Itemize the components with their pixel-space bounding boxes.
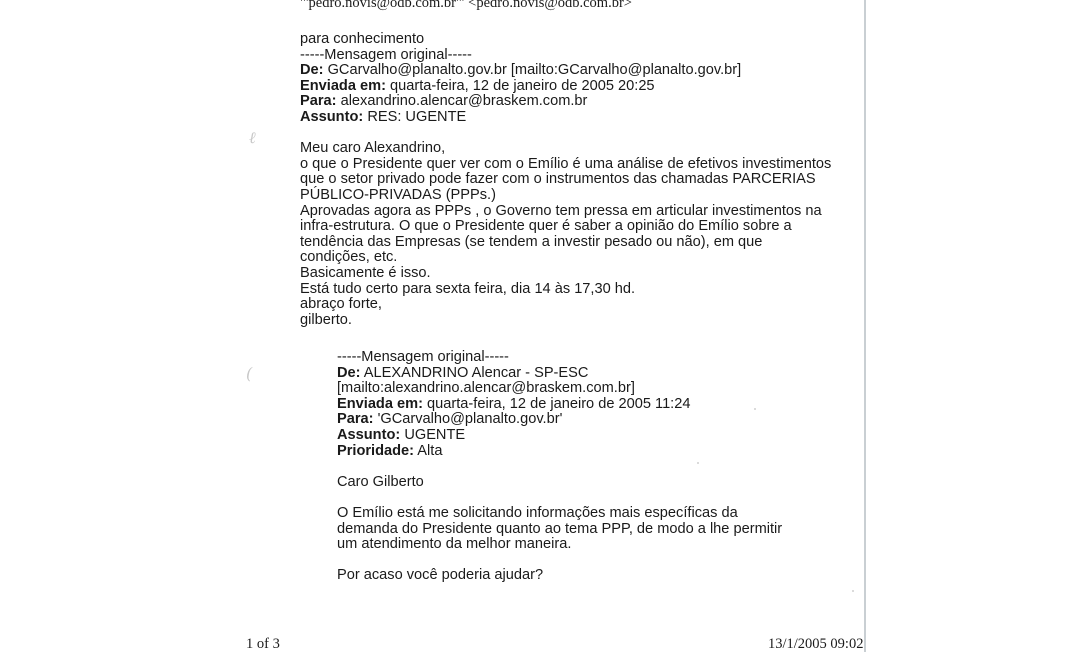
subject-label: Assunto: bbox=[337, 427, 400, 443]
subject-value: RES: UGENTE bbox=[367, 109, 466, 125]
body-line: O Emílio está me solicitando informações… bbox=[337, 506, 782, 522]
inner-message: -----Mensagem original----- De: ALEXANDR… bbox=[337, 350, 782, 584]
header-from: De: ALEXANDRINO Alencar - SP-ESC bbox=[337, 366, 782, 382]
header-sent: Enviada em: quarta-feira, 12 de janeiro … bbox=[300, 79, 831, 95]
to-label: Para: bbox=[300, 93, 337, 109]
from-mailto: [mailto:alexandrino.alencar@braskem.com.… bbox=[337, 381, 782, 397]
closing-question: Por acaso você poderia ajudar? bbox=[337, 568, 782, 584]
body-line: que o setor privado pode fazer com o ins… bbox=[300, 172, 831, 188]
page-edge-rule bbox=[864, 0, 866, 652]
priority-label: Prioridade: bbox=[337, 443, 414, 459]
sent-value: quarta-feira, 12 de janeiro de 2005 20:2… bbox=[390, 78, 655, 94]
to-label: Para: bbox=[337, 411, 374, 427]
scan-speck bbox=[852, 590, 854, 592]
from-value: GCarvalho@planalto.gov.br [mailto:GCarva… bbox=[328, 62, 742, 78]
signature: gilberto. bbox=[300, 313, 831, 329]
body-line: Aprovadas agora as PPPs , o Governo tem … bbox=[300, 204, 831, 220]
body-line: demanda do Presidente quanto ao tema PPP… bbox=[337, 522, 782, 538]
from-value: ALEXANDRINO Alencar - SP-ESC bbox=[364, 365, 589, 381]
hole-punch-mark: ℓ bbox=[249, 128, 256, 148]
original-message-separator: -----Mensagem original----- bbox=[300, 48, 831, 64]
hole-punch-mark: ( bbox=[246, 364, 252, 383]
body-line: Está tudo certo para sexta feira, dia 14… bbox=[300, 282, 831, 298]
body-line: tendência das Empresas (se tendem a inve… bbox=[300, 235, 831, 251]
sent-value: quarta-feira, 12 de janeiro de 2005 11:2… bbox=[427, 396, 690, 412]
header-to: Para: 'GCarvalho@planalto.gov.br' bbox=[337, 412, 782, 428]
header-to: Para: alexandrino.alencar@braskem.com.br bbox=[300, 94, 831, 110]
forward-note: para conhecimento bbox=[300, 32, 831, 48]
to-value: 'GCarvalho@planalto.gov.br' bbox=[378, 411, 563, 427]
sent-label: Enviada em: bbox=[300, 78, 386, 94]
from-label: De: bbox=[300, 62, 324, 78]
recipient-line: "'pedro.novis@odb.com.br'" <pedro.novis@… bbox=[300, 0, 632, 12]
body-line: abraço forte, bbox=[300, 297, 831, 313]
print-timestamp: 13/1/2005 09:02 bbox=[768, 636, 863, 652]
header-from: De: GCarvalho@planalto.gov.br [mailto:GC… bbox=[300, 63, 831, 79]
body-line: Meu caro Alexandrino, bbox=[300, 141, 831, 157]
body-line: condições, etc. bbox=[300, 250, 831, 266]
header-sent: Enviada em: quarta-feira, 12 de janeiro … bbox=[337, 397, 782, 413]
body-line: o que o Presidente quer ver com o Emílio… bbox=[300, 157, 831, 173]
subject-value: UGENTE bbox=[404, 427, 465, 443]
subject-label: Assunto: bbox=[300, 109, 363, 125]
header-priority: Prioridade: Alta bbox=[337, 444, 782, 460]
greeting: Caro Gilberto bbox=[337, 475, 782, 491]
outer-message: para conhecimento -----Mensagem original… bbox=[300, 32, 831, 328]
priority-value: Alta bbox=[417, 443, 442, 459]
header-subject: Assunto: RES: UGENTE bbox=[300, 110, 831, 126]
body-line: infra-estrutura. O que o Presidente quer… bbox=[300, 219, 831, 235]
sent-label: Enviada em: bbox=[337, 396, 423, 412]
header-subject: Assunto: UGENTE bbox=[337, 428, 782, 444]
original-message-separator: -----Mensagem original----- bbox=[337, 350, 782, 366]
to-value: alexandrino.alencar@braskem.com.br bbox=[341, 93, 588, 109]
from-label: De: bbox=[337, 365, 361, 381]
body-line: um atendimento da melhor maneira. bbox=[337, 537, 782, 553]
body-line: Basicamente é isso. bbox=[300, 266, 831, 282]
page-indicator: 1 of 3 bbox=[246, 636, 280, 652]
body-line: PÚBLICO-PRIVADAS (PPPs.) bbox=[300, 188, 831, 204]
